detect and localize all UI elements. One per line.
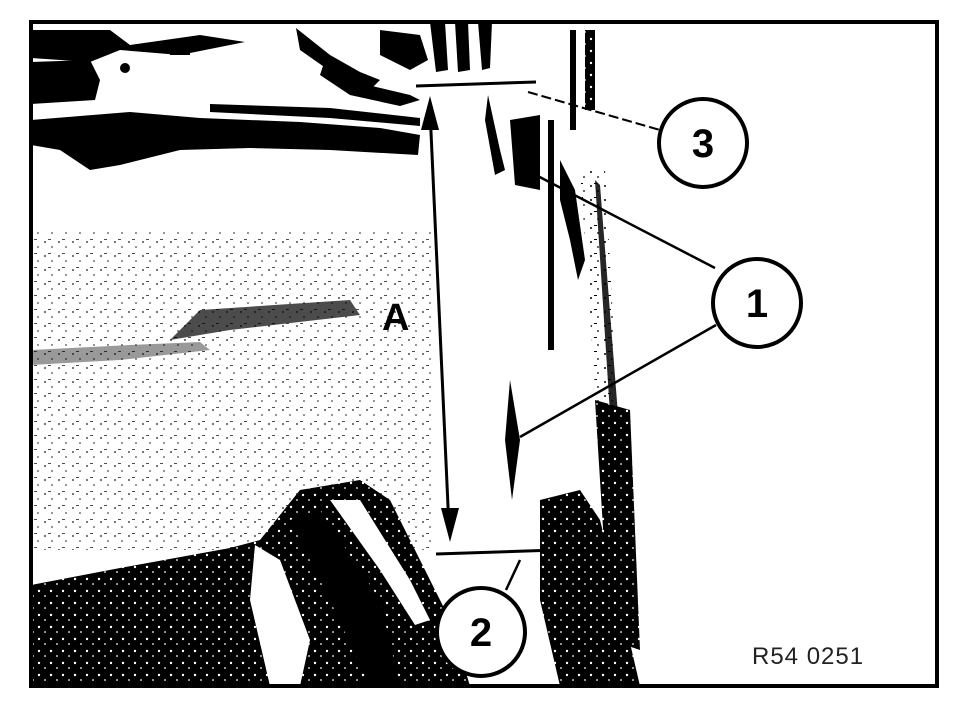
reference-code: R54 0251	[752, 643, 864, 670]
dimension-label: A	[382, 297, 409, 339]
callout-3: 3	[659, 99, 747, 187]
callout-2: 2	[437, 588, 525, 676]
technical-illustration: A 3 1 2 R54 0251	[0, 0, 954, 714]
callout-1: 1	[713, 259, 801, 347]
svg-text:3: 3	[692, 122, 714, 166]
svg-text:2: 2	[470, 611, 492, 655]
svg-text:1: 1	[746, 282, 768, 326]
